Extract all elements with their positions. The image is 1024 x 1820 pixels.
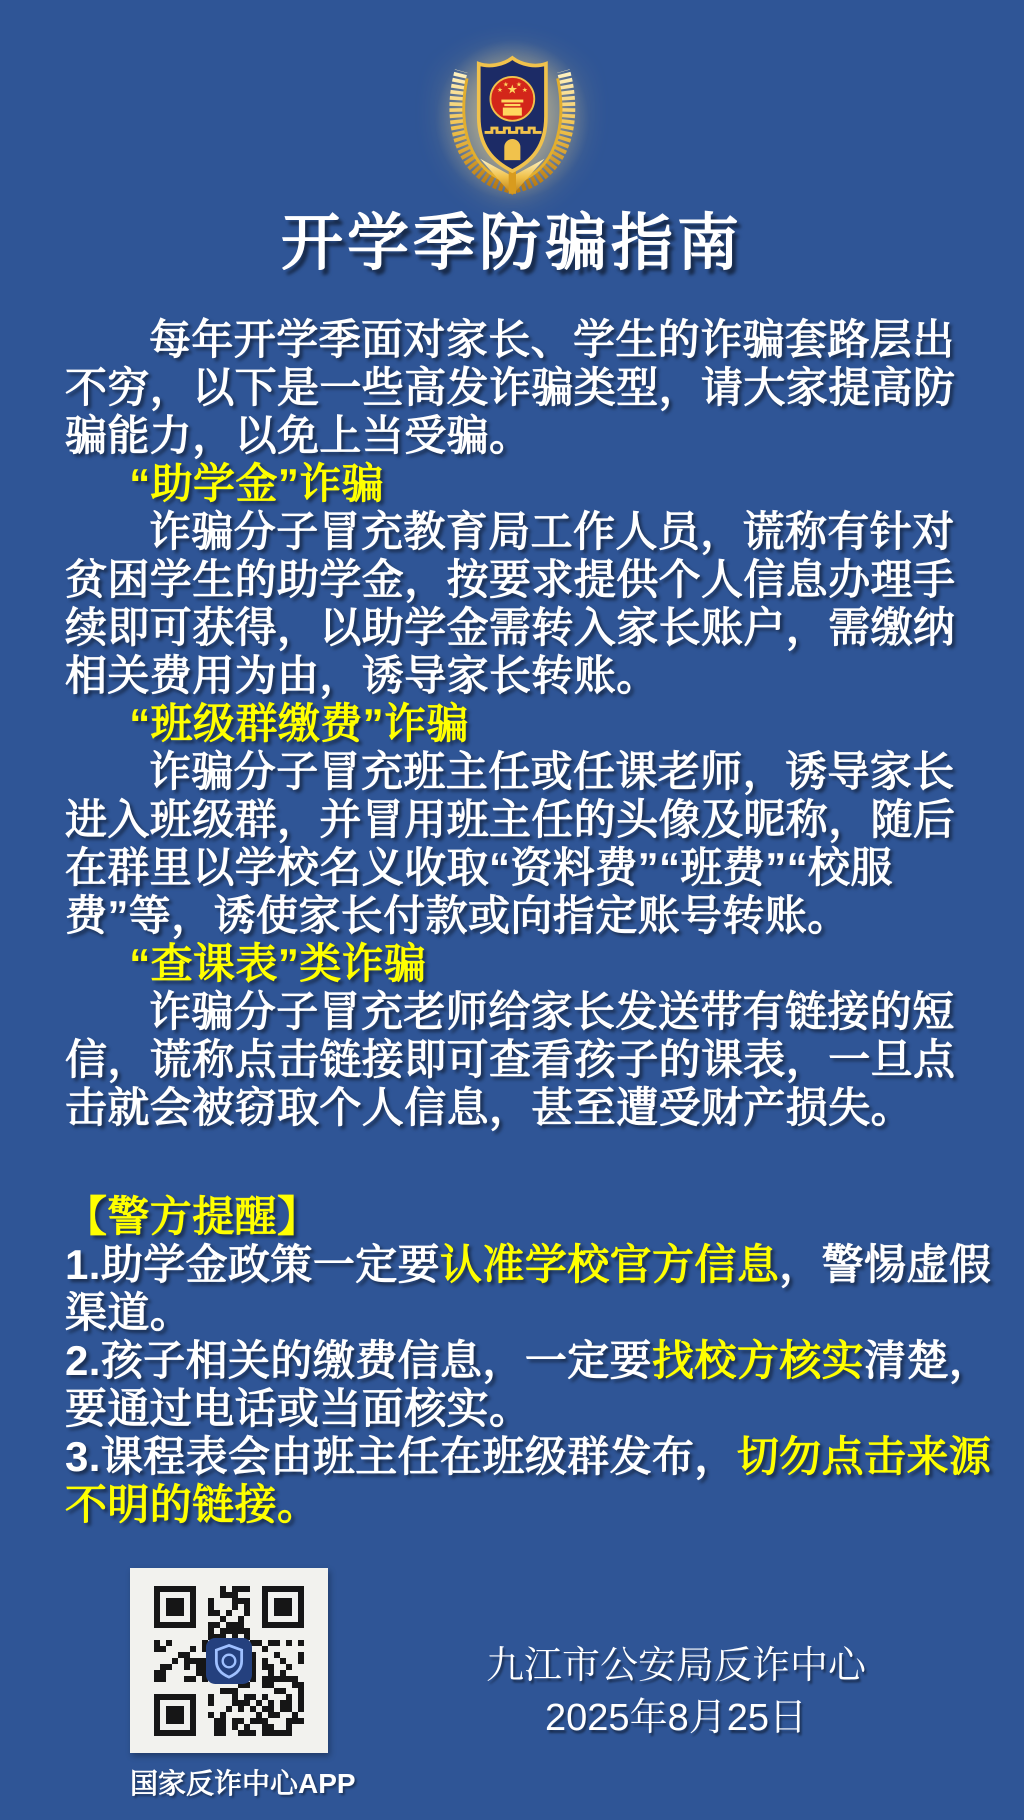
poster-body: 每年开学季面对家长、学生的诈骗套路层出不穷，以下是一些高发诈骗类型，请大家提高防… (0, 316, 1024, 1529)
anti-fraud-poster: ★ ★ ★ ★ ★ 开学季防骗指南 每年开学季面对家长、学生的诈骗套路层出不穷，… (0, 0, 1024, 1820)
attribution-org: 九江市公安局反诈中心 (446, 1640, 906, 1692)
police-emblem: ★ ★ ★ ★ ★ (0, 0, 1024, 204)
section-heading: “班级群缴费”诈骗 (65, 700, 959, 748)
reminder-item: 2.孩子相关的缴费信息，一定要找校方核实清楚，要通过电话或当面核实。 (65, 1337, 999, 1433)
section-body: 诈骗分子冒充班主任或任课老师，诱导家长进入班级群，并冒用班主任的头像及昵称，随后… (65, 748, 959, 940)
attribution: 九江市公安局反诈中心 2025年8月25日 (446, 1640, 906, 1744)
reminder-text-segment: 1.助学金政策一定要 (65, 1241, 440, 1288)
anti-fraud-app-shield-icon (206, 1638, 252, 1684)
svg-text:★: ★ (502, 81, 508, 88)
reminder-item: 1.助学金政策一定要认准学校官方信息，警惕虚假渠道。 (65, 1241, 999, 1337)
attribution-date: 2025年8月25日 (446, 1692, 906, 1744)
qr-label: 国家反诈中心APP (130, 1762, 328, 1802)
police-badge-icon: ★ ★ ★ ★ ★ (432, 36, 593, 204)
section-heading: “查课表”类诈骗 (65, 940, 959, 988)
reminder-item: 3.课程表会由班主任在班级群发布，切勿点击来源不明的链接。 (65, 1433, 999, 1529)
reminder-heading: 【警方提醒】 (65, 1193, 999, 1241)
svg-text:★: ★ (521, 87, 527, 94)
reminder-text-segment: 2.孩子相关的缴费信息，一定要 (65, 1337, 652, 1384)
poster-footer: 国家反诈中心APP 九江市公安局反诈中心 2025年8月25日 (0, 1568, 1024, 1802)
svg-text:★: ★ (516, 81, 522, 88)
fraud-section-scholarship: “助学金”诈骗 诈骗分子冒充教育局工作人员，谎称有针对贫困学生的助学金，按要求提… (65, 460, 959, 700)
page-title: 开学季防骗指南 (0, 208, 1024, 280)
section-body: 诈骗分子冒充教育局工作人员，谎称有针对贫困学生的助学金，按要求提供个人信息办理手… (65, 508, 959, 700)
reminder-highlight: 找校方核实 (652, 1337, 864, 1384)
section-body: 诈骗分子冒充老师给家长发送带有链接的短信，谎称点击链接即可查看孩子的课表，一旦点… (65, 988, 959, 1132)
svg-text:★: ★ (497, 87, 503, 94)
police-reminder: 【警方提醒】 1.助学金政策一定要认准学校官方信息，警惕虚假渠道。 2.孩子相关… (65, 1193, 999, 1529)
reminder-text-segment: 3.课程表会由班主任在班级群发布， (65, 1433, 737, 1480)
qr-block: 国家反诈中心APP (130, 1568, 328, 1802)
qr-code (130, 1568, 328, 1753)
fraud-section-class-group-fee: “班级群缴费”诈骗 诈骗分子冒充班主任或任课老师，诱导家长进入班级群，并冒用班主… (65, 700, 959, 940)
reminder-highlight: 认准学校官方信息 (440, 1241, 779, 1288)
fraud-section-timetable-link: “查课表”类诈骗 诈骗分子冒充老师给家长发送带有链接的短信，谎称点击链接即可查看… (65, 940, 959, 1132)
intro-paragraph: 每年开学季面对家长、学生的诈骗套路层出不穷，以下是一些高发诈骗类型，请大家提高防… (65, 316, 959, 460)
section-heading: “助学金”诈骗 (65, 460, 959, 508)
